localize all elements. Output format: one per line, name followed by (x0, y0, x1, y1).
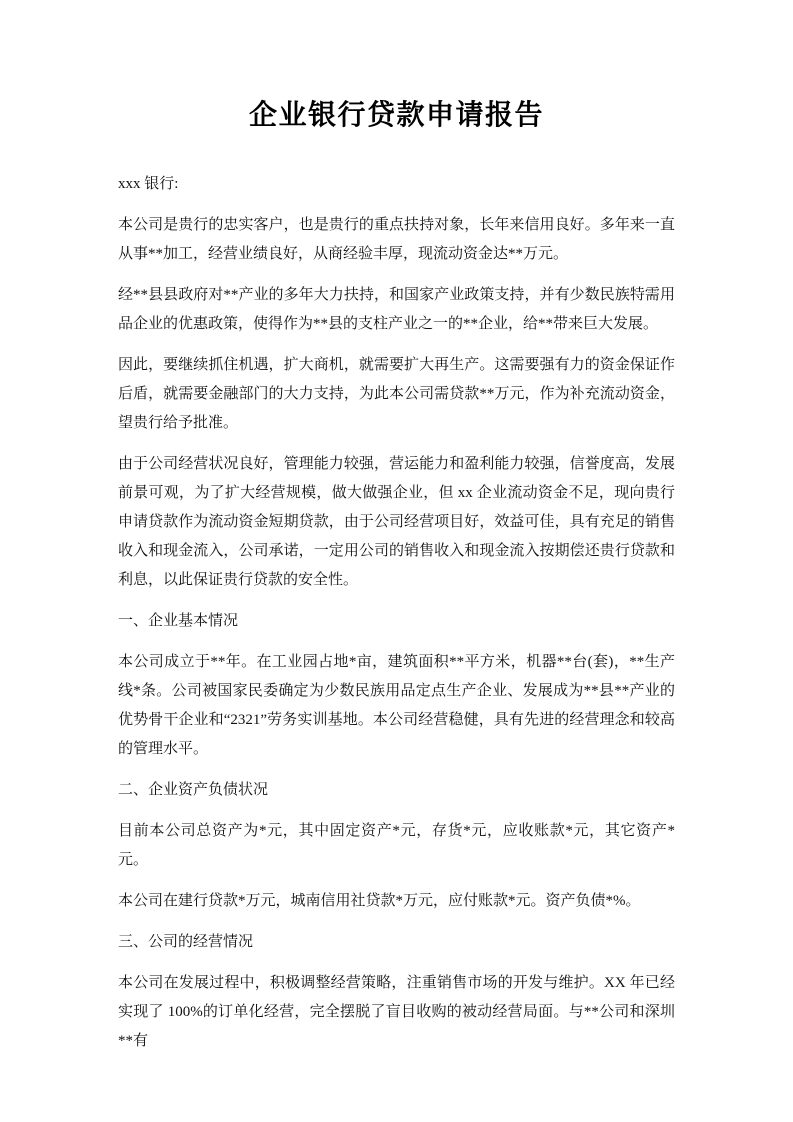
document-title: 企业银行贷款申请报告 (118, 95, 675, 137)
repayment-promise-paragraph: 由于公司经营状况良好，管理能力较强，营运能力和盈利能力较强，信誉度高，发展前景可… (118, 450, 675, 595)
section-1-paragraph: 本公司成立于**年。在工业园占地*亩，建筑面积**平方米，机器**台(套)，**… (118, 648, 675, 764)
intro-paragraph-2: 经**县县政府对**产业的多年大力扶持，和国家产业政策支持，并有少数民族特需用品… (118, 281, 675, 339)
intro-paragraph-1: 本公司是贵行的忠实客户，也是贵行的重点扶持对象，长年来信用良好。多年来一直从事*… (118, 211, 675, 269)
section-2-paragraph-liabilities: 本公司在建行贷款*万元，城南信用社贷款*万元，应付账款*元。资产负债*%。 (118, 887, 675, 916)
section-3-paragraph: 本公司在发展过程中，积极调整经营策略，注重销售市场的开发与维护。XX 年已经实现… (118, 969, 675, 1056)
section-1-heading: 一、企业基本情况 (118, 607, 675, 636)
document-page: 企业银行贷款申请报告 xxx 银行: 本公司是贵行的忠实客户，也是贵行的重点扶持… (118, 0, 675, 1056)
section-2-heading: 二、企业资产负债状况 (118, 776, 675, 805)
section-3-heading: 三、公司的经营情况 (118, 928, 675, 957)
salutation-line: xxx 银行: (118, 170, 675, 199)
loan-request-paragraph: 因此，要继续抓住机遇，扩大商机，就需要扩大再生产。这需要强有力的资金保证作后盾，… (118, 351, 675, 438)
section-2-paragraph-assets: 目前本公司总资产为*元，其中固定资产*元，存货*元，应收账款*元，其它资产*元。 (118, 817, 675, 875)
